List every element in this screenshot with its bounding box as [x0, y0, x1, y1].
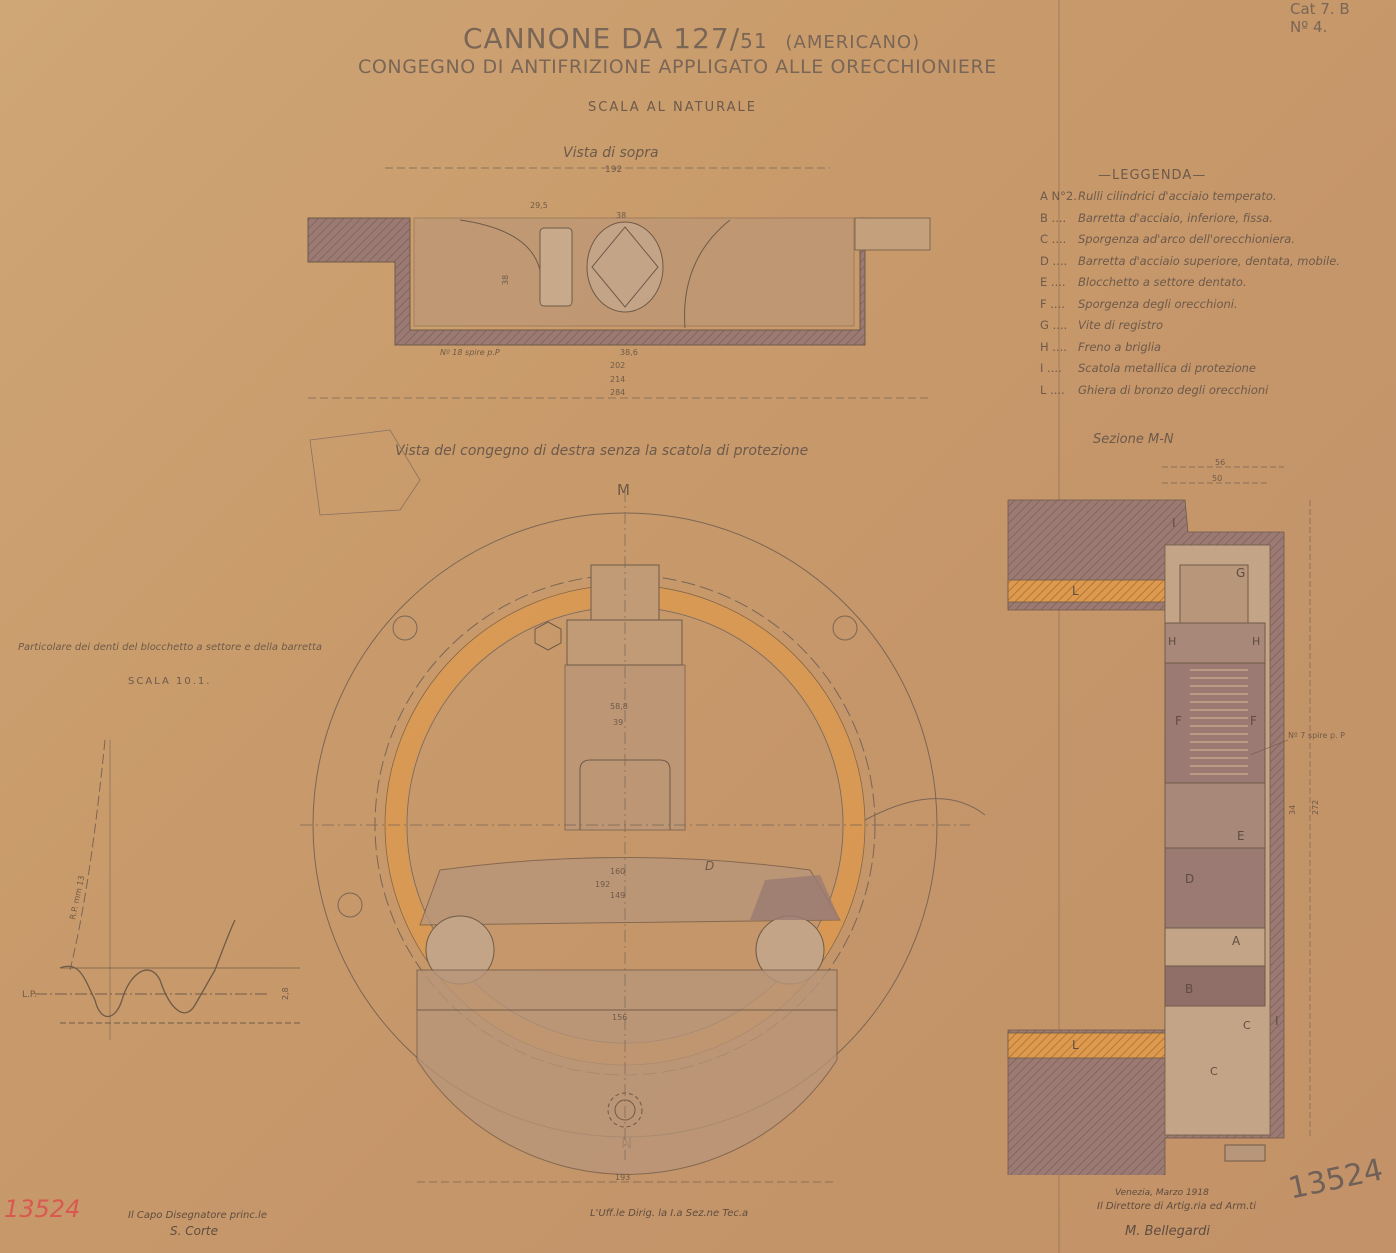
- svg-text:50: 50: [1212, 474, 1222, 483]
- legend-item: F ....Sporgenza degli orecchioni.: [1040, 297, 1340, 319]
- svg-text:I: I: [1172, 516, 1176, 530]
- svg-text:192: 192: [595, 880, 610, 889]
- svg-text:L: L: [1072, 1038, 1079, 1052]
- legend-text: Rulli cilindrici d'acciaio temperato.: [1078, 189, 1277, 211]
- svg-text:202: 202: [610, 361, 625, 370]
- archive-stamp-red: 13524: [4, 1195, 80, 1223]
- legend-text: Ghiera di bronzo degli orecchioni: [1078, 383, 1268, 405]
- drawing-title: CANNONE DA 127/51 (AMERICANO): [463, 22, 920, 55]
- top-view-drawing: 192 38 29,5 38 284 202 214 38,6 Nº 18 sp…: [300, 160, 990, 410]
- svg-text:29,5: 29,5: [530, 201, 548, 210]
- catalog-ref: Cat 7. B Nº 4.: [1290, 0, 1350, 36]
- legend-text: Barretta d'acciaio, inferiore, fissa.: [1078, 211, 1273, 233]
- svg-text:H: H: [1252, 635, 1260, 648]
- svg-text:A: A: [1232, 934, 1241, 948]
- legend-key: D ....: [1040, 254, 1078, 276]
- svg-text:160: 160: [610, 867, 625, 876]
- front-view-drawing: 193 160 192 149 156 58,8 39 D: [280, 420, 1000, 1190]
- svg-text:192: 192: [605, 165, 622, 175]
- tooth-detail-drawing: L.P. R.P. mm 13 2,8: [10, 740, 310, 1040]
- svg-text:D: D: [1185, 872, 1194, 886]
- svg-text:56: 56: [1215, 458, 1225, 467]
- legend: —LEGGENDA— A N°2.Rulli cilindrici d'acci…: [1040, 168, 1340, 404]
- svg-text:C: C: [1243, 1019, 1251, 1032]
- legend-item: I ....Scatola metallica di protezione: [1040, 361, 1340, 383]
- svg-text:G: G: [1236, 566, 1245, 580]
- svg-text:I: I: [1275, 1014, 1279, 1028]
- svg-text:38,6: 38,6: [620, 348, 638, 357]
- svg-text:149: 149: [610, 891, 625, 900]
- director-signature: M. Bellegardi: [1125, 1224, 1210, 1239]
- engineering-drawing-sheet: CANNONE DA 127/51 (AMERICANO) CONGEGNO D…: [0, 0, 1396, 1253]
- legend-text: Freno a briglia: [1078, 340, 1161, 362]
- svg-text:272: 272: [1311, 800, 1320, 815]
- legend-text: Vite di registro: [1078, 318, 1163, 340]
- catalog-number: Nº 4.: [1290, 18, 1350, 36]
- chief-draftsman-signature: S. Corte: [170, 1224, 218, 1238]
- legend-key: E ....: [1040, 275, 1078, 297]
- legend-item: A N°2.Rulli cilindrici d'acciaio tempera…: [1040, 189, 1340, 211]
- catalog-category: Cat 7. B: [1290, 0, 1350, 18]
- svg-text:L: L: [1072, 584, 1079, 598]
- section-drawing: 56 50 272 34 I L L G H H F F E D A B C C: [1000, 455, 1396, 1175]
- legend-item: H ....Freno a briglia: [1040, 340, 1340, 362]
- drawing-scale: SCALA AL NATURALE: [588, 100, 757, 115]
- title-caliber: 51: [740, 29, 767, 53]
- legend-key: L ....: [1040, 383, 1078, 405]
- legend-item: C ....Sporgenza ad'arco dell'orecchionie…: [1040, 232, 1340, 254]
- office-title: L'Uff.le Dirig. la I.a Sez.ne Tec.a: [590, 1208, 748, 1219]
- legend-key: H ....: [1040, 340, 1078, 362]
- legend-key: G ....: [1040, 318, 1078, 340]
- detail-scale: SCALA 10.1.: [128, 676, 211, 687]
- legend-text: Blocchetto a settore dentato.: [1078, 275, 1247, 297]
- director-title: Il Direttore di Artig.ria ed Arm.ti: [1097, 1201, 1256, 1212]
- svg-text:F: F: [1250, 714, 1257, 728]
- legend-key: F ....: [1040, 297, 1078, 319]
- legend-key: B ....: [1040, 211, 1078, 233]
- title-origin: (AMERICANO): [786, 32, 921, 53]
- legend-text: Sporgenza degli orecchioni.: [1078, 297, 1238, 319]
- top-view-callout: Nº 18 spire p.P: [440, 348, 500, 357]
- svg-text:2,8: 2,8: [281, 987, 290, 1000]
- chief-draftsman-title: Il Capo Disegnatore princ.le: [128, 1210, 267, 1221]
- pitch-radius-label: R.P. mm 13: [68, 875, 86, 921]
- svg-text:E: E: [1237, 829, 1245, 843]
- legend-text: Sporgenza ad'arco dell'orecchioniera.: [1078, 232, 1295, 254]
- svg-text:39: 39: [613, 718, 623, 727]
- svg-text:284: 284: [610, 388, 625, 397]
- svg-text:156: 156: [612, 1013, 627, 1022]
- svg-text:58,8: 58,8: [610, 702, 628, 711]
- legend-item: D ....Barretta d'acciaio superiore, dent…: [1040, 254, 1340, 276]
- place-date: Venezia, Marzo 1918: [1115, 1188, 1209, 1198]
- section-callout-thread: Nº 7 spire p. P: [1288, 731, 1345, 740]
- title-main: CANNONE DA 127/: [463, 22, 740, 55]
- drawing-subtitle: CONGEGNO DI ANTIFRIZIONE APPLIGATO ALLE …: [358, 56, 997, 78]
- legend-title: —LEGGENDA—: [1098, 168, 1340, 183]
- legend-text: Scatola metallica di protezione: [1078, 361, 1256, 383]
- svg-text:38: 38: [616, 211, 626, 220]
- svg-text:38: 38: [501, 275, 510, 285]
- legend-key: C ....: [1040, 232, 1078, 254]
- svg-text:F: F: [1175, 714, 1182, 728]
- svg-text:H: H: [1168, 635, 1176, 648]
- legend-key: I ....: [1040, 361, 1078, 383]
- pitch-line-label: L.P.: [22, 990, 37, 1000]
- svg-text:34: 34: [1288, 805, 1297, 815]
- svg-text:C: C: [1210, 1065, 1218, 1078]
- top-view-title: Vista di sopra: [563, 145, 659, 161]
- legend-item: G ....Vite di registro: [1040, 318, 1340, 340]
- front-part-label: D: [705, 859, 714, 873]
- legend-item: B ....Barretta d'acciaio, inferiore, fis…: [1040, 211, 1340, 233]
- detail-title: Particolare dei denti del blocchetto a s…: [18, 642, 322, 653]
- svg-text:214: 214: [610, 375, 625, 384]
- legend-item: E ....Blocchetto a settore dentato.: [1040, 275, 1340, 297]
- section-title: Sezione M-N: [1093, 432, 1174, 447]
- svg-text:193: 193: [615, 1173, 630, 1182]
- svg-text:B: B: [1185, 982, 1193, 996]
- legend-text: Barretta d'acciaio superiore, dentata, m…: [1078, 254, 1340, 276]
- legend-key: A N°2.: [1040, 189, 1078, 211]
- legend-item: L ....Ghiera di bronzo degli orecchioni: [1040, 383, 1340, 405]
